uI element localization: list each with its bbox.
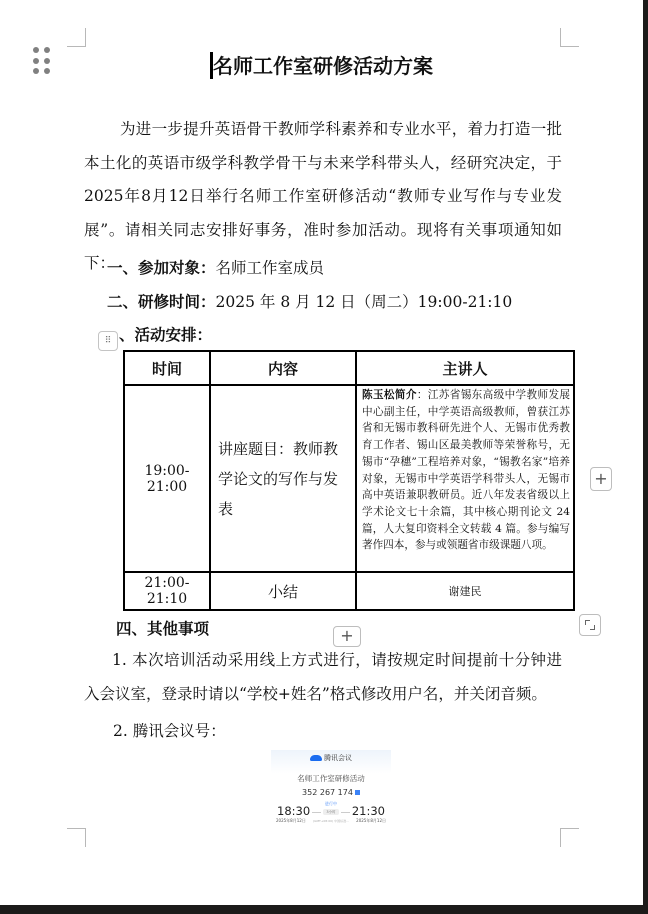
row2-content[interactable]: 小结	[210, 572, 356, 610]
brand-text: 腾讯会议	[324, 754, 352, 762]
speaker-bio: ：江苏省锡东高级中学教师发展中心副主任，中学英语高级教师，曾获江苏省和无锡市教科…	[362, 389, 570, 551]
margin-corner-top-left	[67, 28, 86, 47]
start-time: 18:30	[277, 804, 310, 818]
row1-speaker[interactable]: 陈玉松简介：江苏省锡东高级中学教师发展中心副主任，中学英语高级教师，曾获江苏省和…	[356, 385, 574, 572]
meeting-duration: 3小时	[323, 809, 339, 815]
tencent-meeting-logo-icon	[310, 755, 322, 761]
add-column-button[interactable]: +	[590, 467, 612, 491]
table-row: 21:00-21:10 小结 谢建民	[124, 572, 574, 610]
meeting-id: 352 267 174	[271, 788, 391, 797]
divider	[312, 812, 321, 813]
end-date: 2025年8月12日	[356, 818, 386, 824]
section-other[interactable]: 四、其他事项	[116, 617, 209, 639]
meeting-timezone: (GMT+08:00) 中国标准...	[311, 819, 351, 823]
participants-label: 一、参加对象：	[107, 258, 216, 277]
table-drag-handle-icon[interactable]: ⠿	[98, 331, 118, 351]
header-speaker[interactable]: 主讲人	[356, 351, 574, 385]
speaker-name: 陈玉松简介	[362, 389, 417, 401]
row1-content[interactable]: 讲座题目：教师教学论文的写作与发表	[210, 385, 356, 572]
header-content[interactable]: 内容	[210, 351, 356, 385]
section-time[interactable]: 二、研修时间：2025 年 8 月 12 日（周二）19:00-21:10	[107, 290, 512, 312]
table-header-row: 时间 内容 主讲人	[124, 351, 574, 385]
row2-speaker[interactable]: 谢建民	[356, 572, 574, 610]
time-label: 二、研修时间：	[107, 292, 216, 311]
row2-time[interactable]: 21:00-21:10	[124, 572, 210, 610]
end-time: 21:30	[352, 804, 385, 818]
row1-time[interactable]: 19:00-21:00	[124, 385, 210, 572]
other-item-2[interactable]: 2. 腾讯会议号：	[113, 719, 226, 741]
header-time[interactable]: 时间	[124, 351, 210, 385]
schedule-label: 、活动安排：	[119, 325, 212, 344]
meeting-status: 进行中	[321, 801, 341, 807]
document-title[interactable]: 名师工作室研修活动方案	[0, 50, 643, 79]
copy-icon	[355, 790, 360, 795]
divider	[341, 812, 350, 813]
start-date: 2025年8月12日	[276, 818, 306, 824]
margin-corner-top-right	[560, 28, 579, 47]
other-item-1[interactable]: 1. 本次培训活动采用线上方式进行，请按规定时间提前十分钟进入会议室，登录时请以…	[84, 644, 562, 711]
meeting-brand: 腾讯会议	[271, 753, 391, 763]
meeting-card-image[interactable]: 腾讯会议 名师工作室研修活动 352 267 174 18:30 21:30 进…	[271, 750, 391, 828]
section-participants[interactable]: 一、参加对象：名师工作室成员	[107, 256, 324, 278]
table-resize-icon[interactable]	[579, 614, 601, 636]
table-row: 19:00-21:00 讲座题目：教师教学论文的写作与发表 陈玉松简介：江苏省锡…	[124, 385, 574, 572]
margin-corner-bottom-left	[67, 828, 86, 847]
schedule-table[interactable]: 时间 内容 主讲人 19:00-21:00 讲座题目：教师教学论文的写作与发表 …	[123, 350, 575, 611]
title-text: 名师工作室研修活动方案	[213, 54, 433, 78]
margin-corner-bottom-right	[560, 828, 579, 847]
time-value: 2025 年 8 月 12 日（周二）19:00-21:10	[216, 293, 513, 311]
participants-value: 名师工作室成员	[216, 259, 325, 277]
meeting-id-text: 352 267 174	[302, 788, 353, 797]
section-schedule[interactable]: ⠿、活动安排：	[98, 323, 212, 351]
document-page: 名师工作室研修活动方案 为进一步提升英语骨干教师学科素养和专业水平，着力打造一批…	[0, 0, 643, 905]
meeting-name: 名师工作室研修活动	[271, 773, 391, 784]
